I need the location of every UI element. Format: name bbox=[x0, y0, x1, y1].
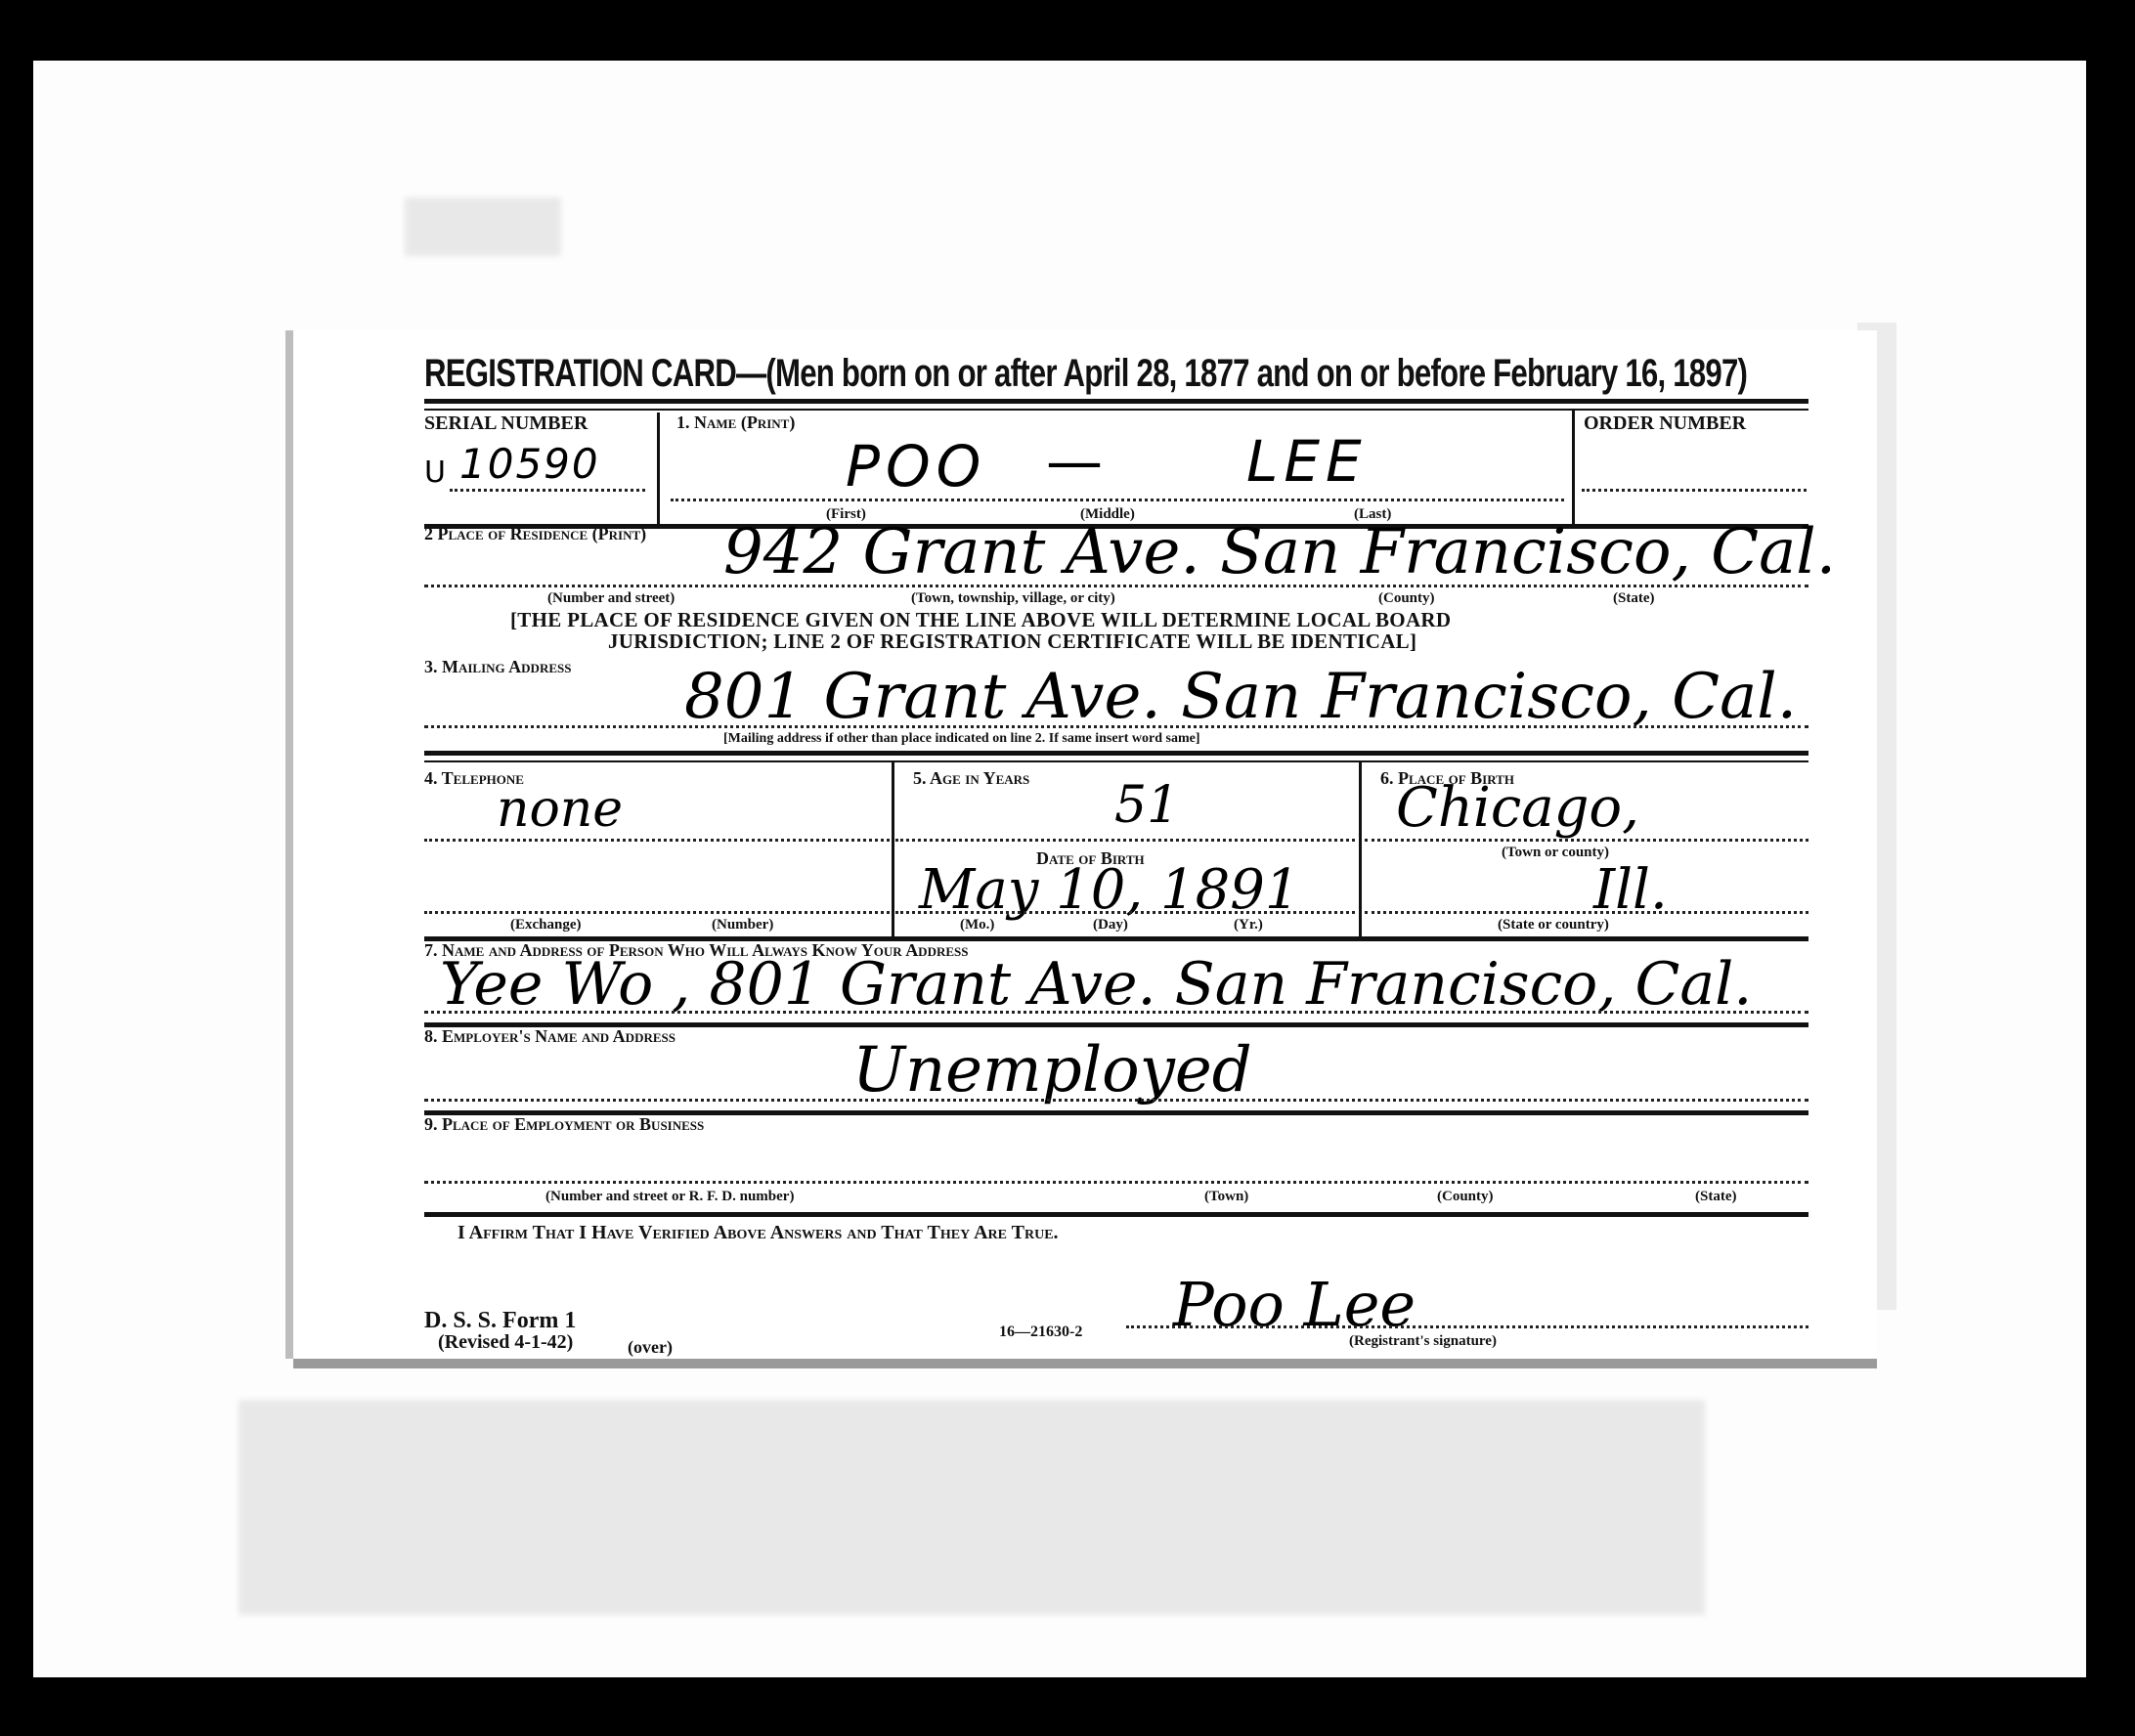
serial-number-label: SERIAL NUMBER bbox=[424, 412, 588, 435]
caption-number: (Number) bbox=[712, 917, 773, 933]
form-id: D. S. S. Form 1 bbox=[424, 1308, 576, 1334]
scan-smudge bbox=[239, 1400, 1705, 1615]
caption-town: (Town, township, village, or city) bbox=[911, 590, 1115, 607]
employer-value: Unemployed bbox=[852, 1034, 1252, 1107]
affirmation-text: I Affirm That I Have Verified Above Answ… bbox=[457, 1222, 1059, 1244]
age-label: 5. Age in Years bbox=[913, 768, 1029, 789]
telephone-value: none bbox=[497, 780, 623, 839]
middle-name-value: — bbox=[1046, 428, 1109, 495]
caption-state-or-country: (State or country) bbox=[1498, 917, 1609, 933]
caption-emp-state: (State) bbox=[1695, 1189, 1736, 1205]
contact-person-value: Yee Wo , 801 Grant Ave. San Francisco, C… bbox=[440, 950, 1752, 1019]
scan-smudge bbox=[405, 197, 561, 256]
caption-year: (Yr.) bbox=[1234, 917, 1263, 933]
form-revised: (Revised 4-1-42) bbox=[438, 1331, 573, 1354]
caption-state: (State) bbox=[1613, 590, 1654, 607]
caption-county: (County) bbox=[1378, 590, 1435, 607]
employment-place-label: 9. Place of Employment or Business bbox=[424, 1114, 704, 1135]
caption-emp-town: (Town) bbox=[1204, 1189, 1248, 1205]
employer-label: 8. Employer's Name and Address bbox=[424, 1026, 675, 1047]
caption-emp-county: (County) bbox=[1437, 1189, 1494, 1205]
order-number-label: ORDER NUMBER bbox=[1584, 412, 1746, 435]
last-name-value: LEE bbox=[1246, 428, 1368, 495]
registration-card: REGISTRATION CARD—(Men born on or after … bbox=[293, 330, 1877, 1359]
serial-prefix: U bbox=[424, 456, 446, 490]
birth-town-value: Chicago, bbox=[1396, 776, 1639, 840]
signature-caption: (Registrant's signature) bbox=[1349, 1333, 1497, 1350]
mailing-address-label: 3. Mailing Address bbox=[424, 657, 571, 677]
print-code: 16—21630-2 bbox=[999, 1324, 1082, 1341]
jurisdiction-notice-line2: JURISDICTION; LINE 2 OF REGISTRATION CER… bbox=[608, 629, 1416, 654]
form-over: (over) bbox=[628, 1337, 673, 1358]
first-name-value: POO bbox=[846, 433, 986, 499]
caption-rfd: (Number and street or R. F. D. number) bbox=[545, 1189, 794, 1205]
age-value: 51 bbox=[1114, 776, 1179, 835]
caption-street: (Number and street) bbox=[547, 590, 675, 607]
mailing-address-caption: [Mailing address if other than place ind… bbox=[723, 731, 1200, 747]
serial-number-value: 10590 bbox=[459, 440, 600, 488]
registrant-signature: Poo Lee bbox=[1173, 1269, 1416, 1340]
name-label: 1. Name (Print) bbox=[676, 412, 795, 433]
card-title: REGISTRATION CARD—(Men born on or after … bbox=[424, 352, 1747, 396]
residence-label: 2 Place of Residence (Print) bbox=[424, 524, 646, 544]
residence-value: 942 Grant Ave. San Francisco, Cal. bbox=[723, 516, 1836, 588]
caption-month: (Mo.) bbox=[960, 917, 994, 933]
mailing-address-value: 801 Grant Ave. San Francisco, Cal. bbox=[684, 661, 1797, 733]
caption-exchange: (Exchange) bbox=[510, 917, 582, 933]
caption-day: (Day) bbox=[1093, 917, 1128, 933]
